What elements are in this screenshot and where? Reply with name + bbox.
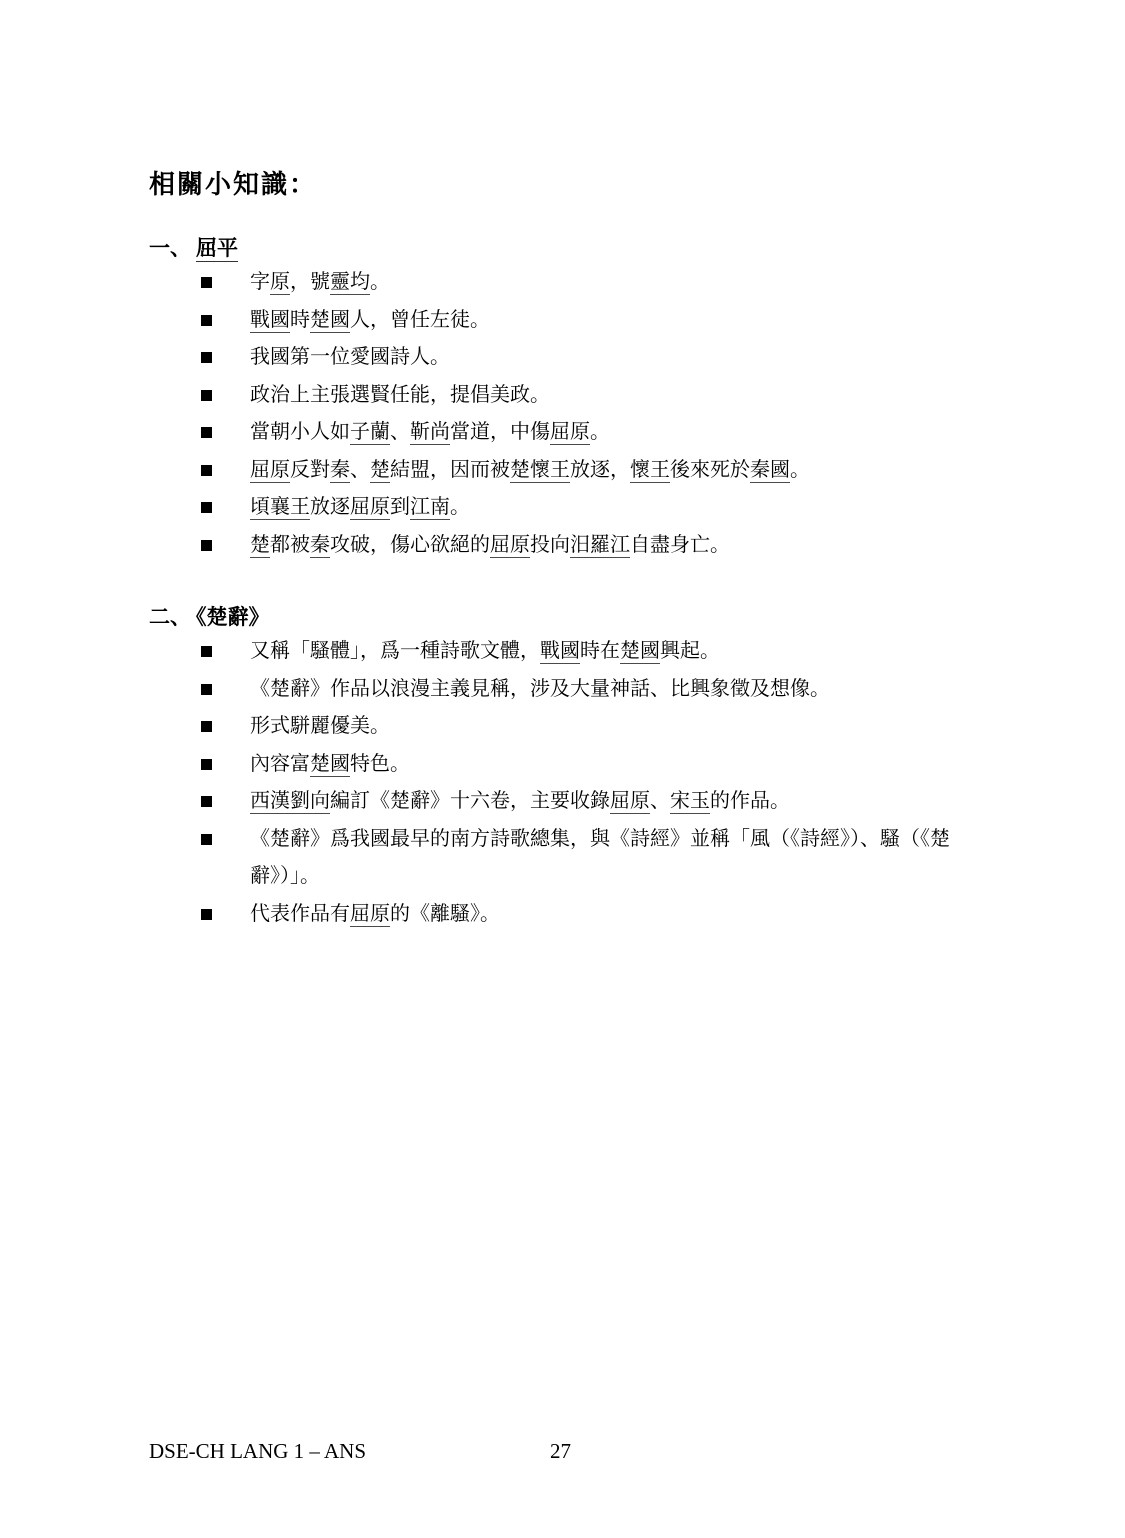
bullet-text: 頃襄王放逐屈原到江南。 — [250, 489, 992, 527]
bullet-square-icon — [201, 315, 212, 326]
bullet-text: 內容富楚國特色。 — [250, 746, 992, 784]
list-item: 楚都被秦攻破，傷心欲絕的屈原投向汨羅江自盡身亡。 — [149, 527, 1049, 565]
bullet-list: 字原，號靈均。戰國時楚國人，曾任左徒。我國第一位愛國詩人。政治上主張選賢任能，提… — [149, 264, 1049, 564]
bullet-square-icon — [201, 721, 212, 732]
text-run: 都被 — [270, 534, 310, 556]
proper-noun: 原 — [270, 271, 290, 295]
bullet-text: 楚都被秦攻破，傷心欲絕的屈原投向汨羅江自盡身亡。 — [250, 527, 992, 565]
text-run: 結盟，因而被 — [390, 459, 510, 481]
list-item: 內容富楚國特色。 — [149, 746, 1049, 784]
text-run: ，號 — [290, 271, 330, 293]
proper-noun: 屈原 — [350, 903, 390, 927]
list-item: 《楚辭》爲我國最早的南方詩歌總集，與《詩經》並稱「風（《詩經》）、騷（《楚辭》）… — [149, 821, 1049, 896]
bullet-square-icon — [201, 465, 212, 476]
list-item: 屈原反對秦、楚結盟，因而被楚懷王放逐，懷王後來死於秦國。 — [149, 452, 1049, 490]
bullet-square-icon — [201, 427, 212, 438]
proper-noun: 屈原 — [490, 534, 530, 558]
text-run: 興起。 — [660, 640, 720, 662]
text-run: 人，曾任左徒。 — [350, 309, 490, 331]
section-number: 一、 — [149, 236, 191, 260]
proper-noun: 屈原 — [550, 421, 590, 445]
bullet-text: 戰國時楚國人，曾任左徒。 — [250, 302, 992, 340]
text-run: 的作品。 — [710, 790, 790, 812]
bullet-text: 當朝小人如子蘭、靳尚當道，中傷屈原。 — [250, 414, 992, 452]
sections-container: 一、屈平字原，號靈均。戰國時楚國人，曾任左徒。我國第一位愛國詩人。政治上主張選賢… — [149, 236, 1049, 933]
bullet-text: 屈原反對秦、楚結盟，因而被楚懷王放逐，懷王後來死於秦國。 — [250, 452, 992, 490]
list-item: 我國第一位愛國詩人。 — [149, 339, 1049, 377]
text-run: 、 — [390, 421, 410, 443]
section: 一、屈平字原，號靈均。戰國時楚國人，曾任左徒。我國第一位愛國詩人。政治上主張選賢… — [149, 236, 1049, 564]
text-run: 當道，中傷 — [450, 421, 550, 443]
list-item: 《楚辭》作品以浪漫主義見稱，涉及大量神話、比興象徵及想像。 — [149, 671, 1049, 709]
bullet-text: 字原，號靈均。 — [250, 264, 992, 302]
footer-document-id: DSE-CH LANG 1 – ANS — [149, 1440, 366, 1463]
text-run: 《楚辭》爲我國最早的南方詩歌總集，與《詩經》並稱「風（《詩經》）、騷（《楚辭》）… — [250, 828, 950, 888]
proper-noun: 屈原 — [350, 496, 390, 520]
text-run: 。 — [590, 421, 610, 443]
text-run: 。 — [790, 459, 810, 481]
text-run: 《楚辭》作品以浪漫主義見稱，涉及大量神話、比興象徵及想像。 — [250, 678, 830, 700]
list-item: 代表作品有屈原的《離騷》。 — [149, 896, 1049, 934]
bullet-list: 又稱「騷體」，爲一種詩歌文體，戰國時在楚國興起。《楚辭》作品以浪漫主義見稱，涉及… — [149, 633, 1049, 933]
bullet-text: 西漢劉向編訂《楚辭》十六卷，主要收錄屈原、宋玉的作品。 — [250, 783, 992, 821]
bullet-text: 又稱「騷體」，爲一種詩歌文體，戰國時在楚國興起。 — [250, 633, 992, 671]
text-run: 到 — [390, 496, 410, 518]
text-run: 、 — [650, 790, 670, 812]
list-item: 又稱「騷體」，爲一種詩歌文體，戰國時在楚國興起。 — [149, 633, 1049, 671]
text-run: 當朝小人如 — [250, 421, 350, 443]
list-item: 西漢劉向編訂《楚辭》十六卷，主要收錄屈原、宋玉的作品。 — [149, 783, 1049, 821]
proper-noun: 楚國 — [620, 640, 660, 664]
text-run: 投向 — [530, 534, 570, 556]
text-run: 、 — [350, 459, 370, 481]
text-run: 。 — [370, 271, 390, 293]
text-run: 自盡身亡。 — [630, 534, 730, 556]
bullet-square-icon — [201, 352, 212, 363]
list-item: 當朝小人如子蘭、靳尚當道，中傷屈原。 — [149, 414, 1049, 452]
text-run: 放逐， — [570, 459, 630, 481]
bullet-square-icon — [201, 540, 212, 551]
proper-noun: 戰國 — [250, 309, 290, 333]
text-run: 內容富 — [250, 753, 310, 775]
proper-noun: 屈原 — [610, 790, 650, 814]
bullet-text: 《楚辭》作品以浪漫主義見稱，涉及大量神話、比興象徵及想像。 — [250, 671, 992, 709]
bullet-text: 我國第一位愛國詩人。 — [250, 339, 992, 377]
text-run: 反對 — [290, 459, 330, 481]
bullet-square-icon — [201, 646, 212, 657]
footer-page-number: 27 — [550, 1440, 571, 1463]
bullet-square-icon — [201, 502, 212, 513]
list-item: 戰國時楚國人，曾任左徒。 — [149, 302, 1049, 340]
proper-noun: 子蘭 — [350, 421, 390, 445]
text-run: 的《離騷》。 — [390, 903, 500, 925]
text-run: 字 — [250, 271, 270, 293]
section: 二、《楚辭》又稱「騷體」，爲一種詩歌文體，戰國時在楚國興起。《楚辭》作品以浪漫主… — [149, 605, 1049, 933]
bullet-square-icon — [201, 796, 212, 807]
text-run: 編訂《楚辭》十六卷，主要收錄 — [330, 790, 610, 812]
proper-noun: 秦 — [330, 459, 350, 483]
proper-noun: 楚懷王 — [510, 459, 570, 483]
proper-noun: 汨羅江 — [570, 534, 630, 558]
proper-noun: 靳尚 — [410, 421, 450, 445]
section-title: 屈平 — [196, 236, 238, 262]
proper-noun: 楚 — [370, 459, 390, 483]
bullet-text: 《楚辭》爲我國最早的南方詩歌總集，與《詩經》並稱「風（《詩經》）、騷（《楚辭》）… — [250, 821, 992, 896]
bullet-square-icon — [201, 909, 212, 920]
bullet-text: 形式駢麗優美。 — [250, 708, 992, 746]
proper-noun: 屈原 — [250, 459, 290, 483]
text-run: 特色。 — [350, 753, 410, 775]
proper-noun: 懷王 — [630, 459, 670, 483]
text-run: 又稱「騷體」，爲一種詩歌文體， — [250, 640, 540, 662]
proper-noun: 靈均 — [330, 271, 370, 295]
text-run: 放逐 — [310, 496, 350, 518]
bullet-text: 政治上主張選賢任能，提倡美政。 — [250, 377, 992, 415]
bullet-square-icon — [201, 759, 212, 770]
proper-noun: 楚 — [250, 534, 270, 558]
section-heading: 一、屈平 — [149, 236, 1049, 264]
bullet-square-icon — [201, 684, 212, 695]
page-title: 相關小知識： — [149, 171, 317, 200]
list-item: 形式駢麗優美。 — [149, 708, 1049, 746]
text-run: 代表作品有 — [250, 903, 350, 925]
section-heading: 二、《楚辭》 — [149, 605, 1049, 633]
section-title: 《楚辭》 — [196, 605, 270, 629]
text-run: 攻破，傷心欲絕的 — [330, 534, 490, 556]
list-item: 頃襄王放逐屈原到江南。 — [149, 489, 1049, 527]
proper-noun: 秦國 — [750, 459, 790, 483]
section-number: 二、 — [149, 605, 191, 629]
proper-noun: 戰國 — [540, 640, 580, 664]
text-run: 。 — [450, 496, 470, 518]
proper-noun: 西漢劉向 — [250, 790, 330, 814]
bullet-square-icon — [201, 390, 212, 401]
proper-noun: 楚國 — [310, 753, 350, 777]
list-item: 字原，號靈均。 — [149, 264, 1049, 302]
proper-noun: 江南 — [410, 496, 450, 520]
text-run: 我國第一位愛國詩人。 — [250, 346, 450, 368]
bullet-text: 代表作品有屈原的《離騷》。 — [250, 896, 992, 934]
text-run: 時 — [290, 309, 310, 331]
bullet-square-icon — [201, 277, 212, 288]
list-item: 政治上主張選賢任能，提倡美政。 — [149, 377, 1049, 415]
proper-noun: 秦 — [310, 534, 330, 558]
text-run: 形式駢麗優美。 — [250, 715, 390, 737]
proper-noun: 頃襄王 — [250, 496, 310, 520]
text-run: 政治上主張選賢任能，提倡美政。 — [250, 384, 550, 406]
bullet-square-icon — [201, 834, 212, 845]
text-run: 後來死於 — [670, 459, 750, 481]
proper-noun: 楚國 — [310, 309, 350, 333]
text-run: 時在 — [580, 640, 620, 662]
proper-noun: 宋玉 — [670, 790, 710, 814]
